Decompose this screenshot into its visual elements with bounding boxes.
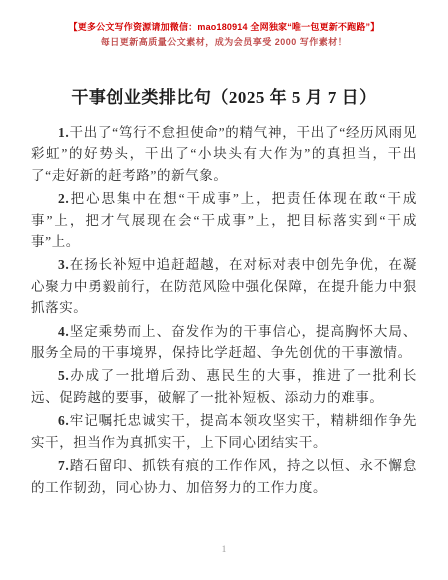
paragraph-number: 4. [58,324,69,339]
promo-header-line1: 【更多公文写作资源请加微信：mao180914 全网独家“唯一包更新不跑路”】 [0,20,448,35]
body-paragraph: 2.把心思集中在想“干成事”上，把责任体现在敢“干成事”上，把才气展现在会“干成… [31,188,417,252]
promo-header: 【更多公文写作资源请加微信：mao180914 全网独家“唯一包更新不跑路”】 … [0,20,448,50]
document-body: 1.干出了“笃行不怠担使命”的精气神，干出了“经历风雨见彩虹”的好势头，干出了“… [31,122,417,498]
paragraph-text: 把心思集中在想“干成事”上，把责任体现在敢“干成事”上，把才气展现在会“干成事”… [31,191,417,249]
paragraph-number: 2. [58,191,69,206]
paragraph-number: 5. [58,368,69,383]
body-paragraph: 1.干出了“笃行不怠担使命”的精气神，干出了“经历风雨见彩虹”的好势头，干出了“… [31,122,417,186]
document-page: 【更多公文写作资源请加微信：mao180914 全网独家“唯一包更新不跑路”】 … [0,0,448,580]
paragraph-number: 6. [58,413,69,428]
promo-header-line2: 每日更新高质量公文素材，成为会员享受 2000 写作素材！ [0,35,448,50]
body-paragraph: 4.坚定乘势而上、奋发作为的干事信心，提高胸怀大局、服务全局的干事境界，保持比学… [31,321,417,364]
paragraph-text: 办成了一批增后劲、惠民生的大事，推进了一批利长远、促跨越的要事，破解了一批补短板… [31,368,417,404]
body-paragraph: 6.牢记嘱托忠诚实干，提高本领攻坚实干，精耕细作争先实干，担当作为真抓实干，上下… [31,410,417,453]
paragraph-number: 7. [58,458,69,473]
paragraph-number: 3. [58,257,69,272]
page-title: 干事创业类排比句（2025 年 5 月 7 日） [0,83,448,108]
paragraph-number: 1. [58,125,69,140]
paragraph-text: 干出了“笃行不怠担使命”的精气神，干出了“经历风雨见彩虹”的好势头，干出了“小块… [31,125,417,183]
body-paragraph: 5.办成了一批增后劲、惠民生的大事，推进了一批利长远、促跨越的要事，破解了一批补… [31,365,417,408]
page-number: 1 [0,545,448,555]
paragraph-text: 在扬长补短中追赶超越，在对标对表中创先争优，在凝心聚力中勇毅前行，在防范风险中强… [31,257,417,315]
paragraph-text: 牢记嘱托忠诚实干，提高本领攻坚实干，精耕细作争先实干，担当作为真抓实干，上下同心… [31,413,417,449]
paragraph-text: 踏石留印、抓铁有痕的工作作风，持之以恒、永不懈怠的工作韧劲，同心协力、加倍努力的… [31,458,417,494]
body-paragraph: 3.在扬长补短中追赶超越，在对标对表中创先争优，在凝心聚力中勇毅前行，在防范风险… [31,254,417,318]
paragraph-text: 坚定乘势而上、奋发作为的干事信心，提高胸怀大局、服务全局的干事境界，保持比学赶超… [31,324,417,360]
body-paragraph: 7.踏石留印、抓铁有痕的工作作风，持之以恒、永不懈怠的工作韧劲，同心协力、加倍努… [31,455,417,498]
